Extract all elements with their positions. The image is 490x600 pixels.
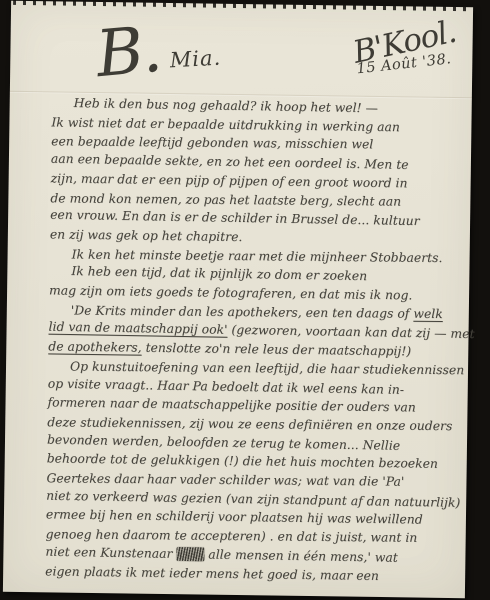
handwriting-text: niet zo verkeerd was gezien (van zijn st… (46, 488, 460, 509)
handwriting-text: bevonden werden, beloofden ze terug te k… (47, 432, 400, 452)
handwriting-text: (gezworen, voortaan kan dat zij — met (227, 323, 474, 341)
handwriting-text: aan een bepaalde sekte, en zo het een oo… (51, 152, 409, 172)
handwriting-text: 'De Krits minder dan les apothekers, een… (71, 303, 414, 320)
letter-body: Heb ik den bus nog gehaald? ik hoop het … (45, 94, 464, 586)
handwriting-text: deze studiekennissen, zij wou ze eens de… (47, 415, 452, 433)
handwriting-text: mag zijn om iets goeds te fotograferen, … (49, 283, 412, 302)
salutation-initial: B. (94, 18, 163, 87)
handwriting-text: Heb ik den bus nog gehaald? ik hoop het … (74, 96, 378, 115)
salutation-name: Mia. (170, 46, 223, 73)
perforated-edge (13, 0, 471, 11)
handwriting-text: welk (413, 306, 443, 320)
handwriting-text: niet een Kunstenaar (45, 544, 176, 560)
handwriting-text: genoeg hen daarom te accepteren) . en da… (46, 527, 418, 545)
handwriting-text: op visite vraagt.. Haar Pa bedoelt dat i… (48, 376, 404, 396)
handwriting-text: Ik heb een tijd, dat ik pijnlijk zo dom … (71, 264, 367, 283)
handwriting-text: eigen plaats ik met ieder mens het goed … (45, 564, 379, 583)
handwriting-text: een bepaalde leeftijd gebonden was, miss… (51, 135, 373, 152)
handwriting-text: lid van de maatschappij ook' (48, 320, 227, 337)
handwriting-text: en zij was gek op het chapitre. (50, 227, 243, 244)
letter-header-right: B'Kool. 15 Août '38. (352, 24, 456, 77)
handwriting-text: Geertekes daar haar vader schilder was; … (46, 471, 404, 488)
handwriting-text: zijn, maar dat er een pijp of pijpen of … (51, 171, 408, 190)
handwriting-text: de apothekers, (48, 339, 142, 354)
handwriting-text: een vrouw. En dan is er de schilder in B… (50, 208, 420, 228)
handwriting-text: alle mensen in één mens,' wat (204, 547, 398, 564)
handwriting-text: tenslotte zo'n rele leus der maatschappi… (142, 341, 412, 359)
photo-background: B. Mia. B'Kool. 15 Août '38. Heb ik den … (0, 0, 490, 600)
salutation: B. Mia. (96, 20, 217, 86)
handwriting-text: Op kunstuitoefening van een leeftijd, di… (70, 359, 464, 377)
handwriting-text: Ik wist niet dat er bepaalde uitdrukking… (51, 115, 400, 134)
letter-paper: B. Mia. B'Kool. 15 Août '38. Heb ik den … (3, 1, 473, 598)
scribbled-out-word: xxxx (176, 547, 204, 561)
handwriting-text: de mond kon nemen, zo pas het laatste be… (50, 191, 401, 208)
